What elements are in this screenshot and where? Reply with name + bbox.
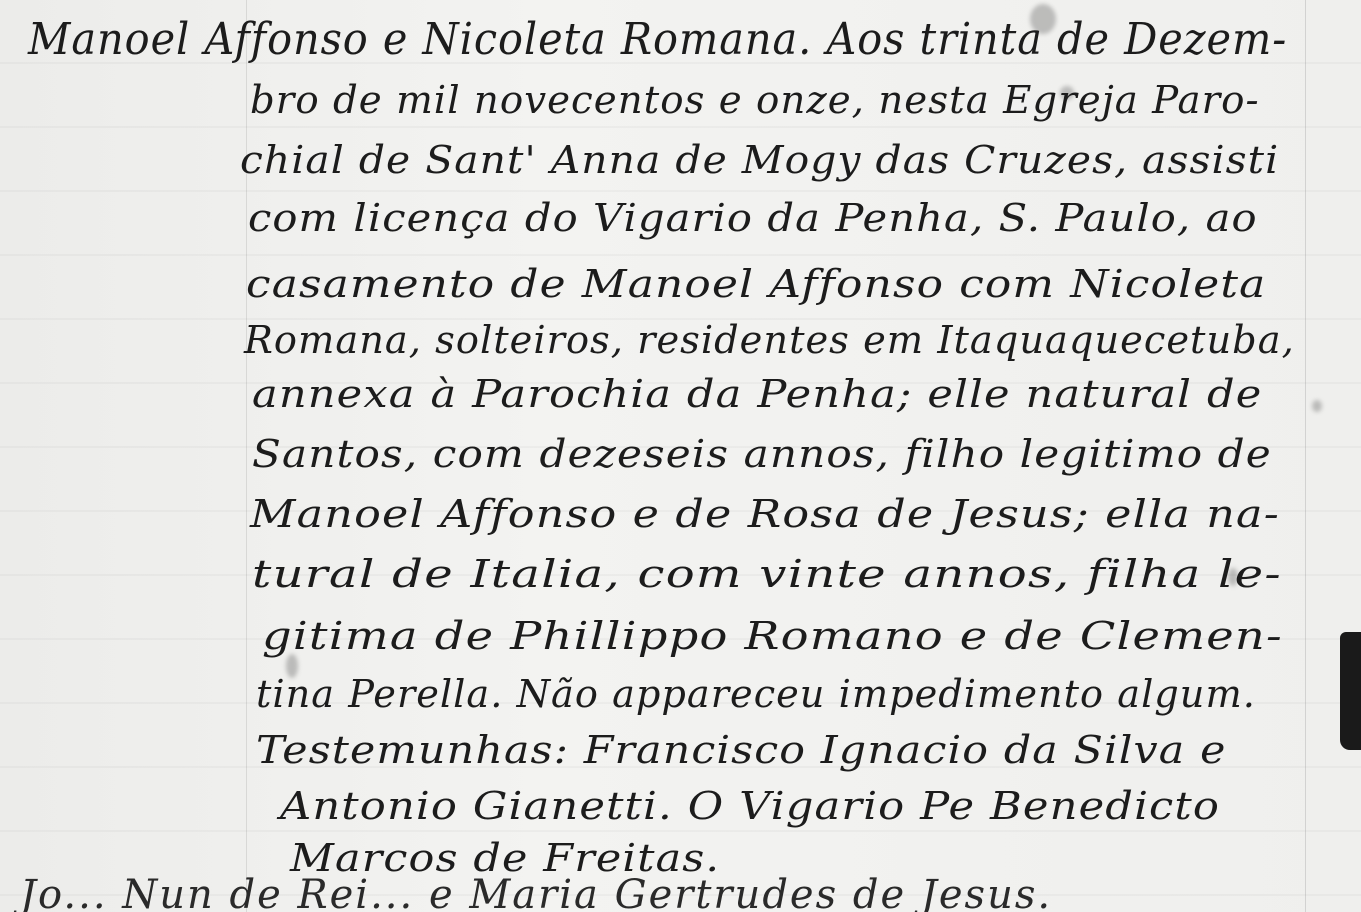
entry-line-13: Testemunhas: Francisco Ignacio da Silva … [256,728,1226,772]
entry-line-12: tina Perella. Não appareceu impedimento … [256,672,1256,716]
entry-line-7: annexa à Parochia da Penha; elle natural… [252,372,1262,416]
margin-rule [246,0,247,912]
ink-spot [1312,400,1322,412]
entry-line-4: com licença do Vigario da Penha, S. Paul… [248,196,1258,240]
entry-line-9: Manoel Affonso e de Rosa de Jesus; ella … [250,492,1280,536]
binding-clip [1340,632,1361,750]
entry-line-8: Santos, com dezeseis annos, filho legiti… [252,432,1272,476]
entry-line-11: gitima de Phillippo Romano e de Clemen- [262,614,1283,658]
entry-line-10: tural de Italia, com vinte annos, filha … [252,552,1282,596]
entry-line-14: Antonio Gianetti. O Vigario Pe Benedicto [280,784,1220,828]
entry-line-3: chial de Sant' Anna de Mogy das Cruzes, … [240,138,1279,182]
right-margin-rule [1305,0,1306,912]
entry-line-2: bro de mil novecentos e onze, nesta Egre… [250,78,1260,122]
entry-line-1: Manoel Affonso e Nicoleta Romana. Aos tr… [28,14,1287,65]
register-page: Manoel Affonso e Nicoleta Romana. Aos tr… [0,0,1361,912]
entry-line-6: Romana, solteiros, residentes em Itaquaq… [244,318,1295,362]
entry-line-5: casamento de Manoel Affonso com Nicoleta [246,262,1266,306]
next-entry-partial: Jo... Nun de Rei... e Maria Gertrudes de… [20,872,1052,912]
